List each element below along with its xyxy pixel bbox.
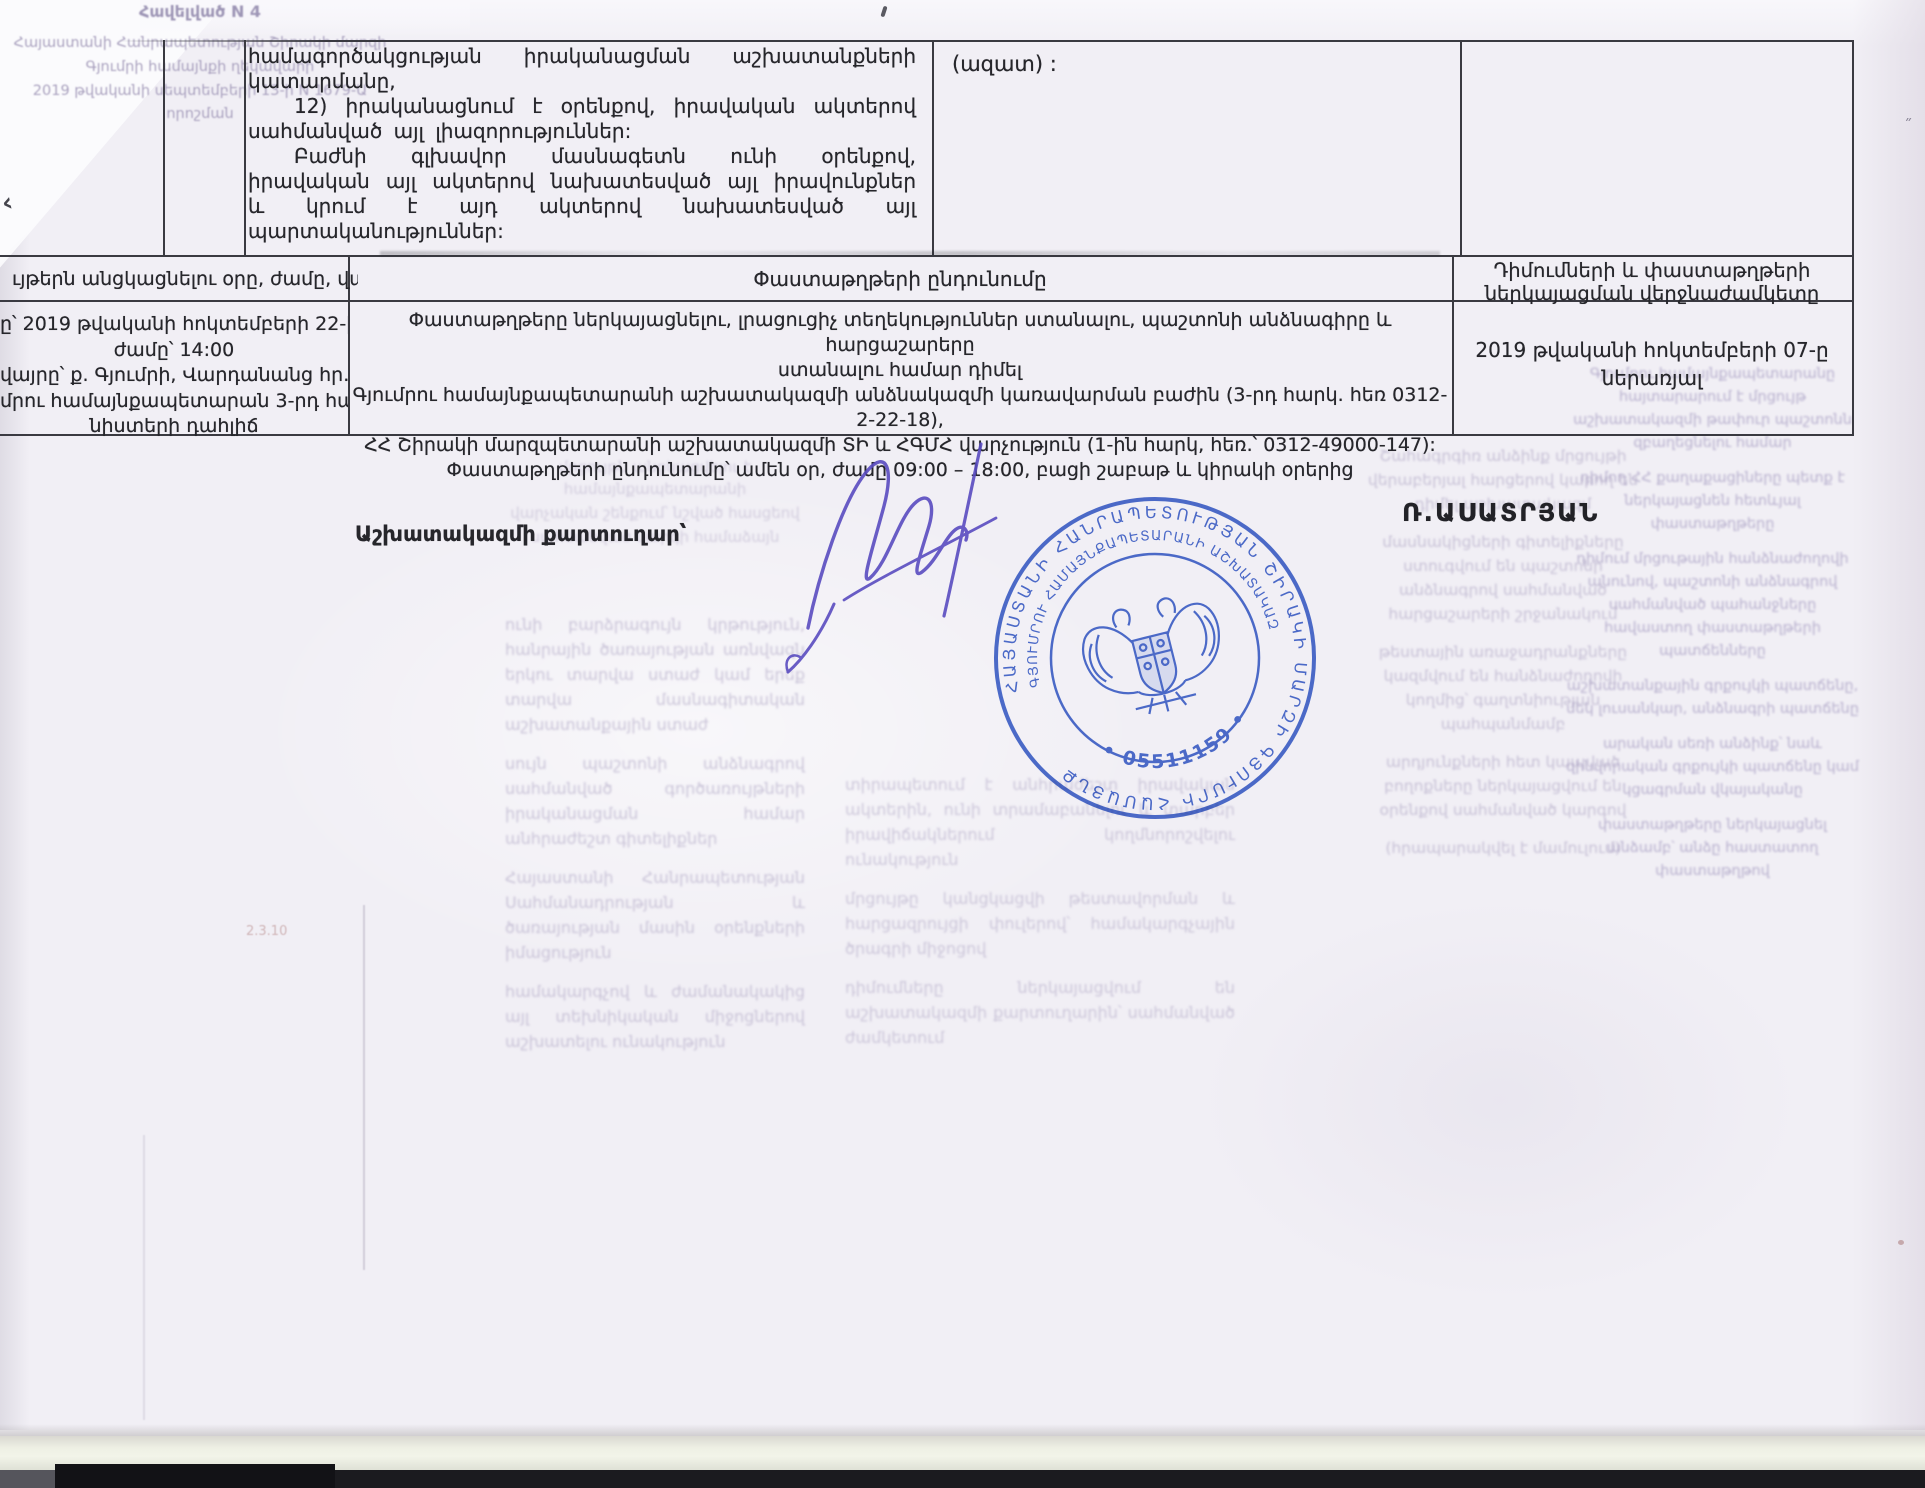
stamp-coat-of-arms [1075, 588, 1235, 728]
bleed-column-left: ունի բարձրագույն կրթություն, հանրային ծա… [505, 612, 805, 1068]
table-border-vertical [1460, 40, 1462, 257]
documents-line: Գյումրու համայնքապետարանի աշխատակազմի ան… [348, 383, 1452, 433]
right-edge-mark: ˝ [1904, 116, 1912, 135]
header-interview-cell: ւյթերն անցկացնելու օրը, ժամը, վայրը [0, 258, 358, 300]
bleed-paragraph: համակարգչով և ժամանակակից այլ տեխնիկական… [505, 979, 805, 1054]
bleed-paragraph: դիմումները ներկայացվում են աշխատակազմի ք… [845, 975, 1235, 1050]
header-deadline-cell: Դիմումների և փաստաթղթերիներկայացման վերջ… [1452, 256, 1852, 305]
vacancy-status-cell: (ազատ) : [952, 52, 1057, 76]
deadline-details-cell: 2019 թվականի հոկտեմբերի 07-ըներառյալ [1452, 336, 1852, 392]
bleed-text-line: Հավելված N 4 [0, 0, 400, 23]
bleed-paragraph: աշխատանքային գրքույկի պատճենը, մեկ լուսա… [1565, 675, 1860, 721]
interview-line: վայրը՝ ք. Գյումրի, Վարդանանց հր. 1 [0, 363, 348, 389]
paper-right-shadow [1852, 0, 1925, 1430]
bleed-ref-number: 2.3.10 [246, 924, 287, 939]
deadline-line: ներառյալ [1452, 364, 1852, 392]
duties-paragraph: 12) իրականացնում է օրենքով, իրավական ակտ… [248, 94, 916, 144]
duties-paragraphs-cell: համագործակցության իրականացման աշխատանքնե… [248, 44, 916, 244]
bleed-paragraph: արական սեռի անձինք՝ նաև զինվորական գրքու… [1565, 733, 1860, 802]
bleed-paragraph: Հայաստանի Հանրապետության Սահմանադրության… [505, 865, 805, 965]
paper-bottom-shadow [0, 1424, 1925, 1436]
scan-speck [1898, 1240, 1904, 1245]
bleed-paragraph: մրցույթը կանցկացվի թեստավորման և հարցազր… [845, 886, 1235, 961]
interview-line: նիստերի դահլիճ [0, 414, 348, 440]
official-round-stamp: ՀԱՅԱՍՏԱՆԻ ՀԱՆՐԱՊԵՏՈՒԹՅԱՆ ՇԻՐԱԿԻ ՄԱՐԶԻ ԳՅ… [985, 488, 1325, 828]
scanner-gray-corner [0, 1470, 55, 1488]
deadline-line: 2019 թվականի հոկտեմբերի 07-ը [1452, 336, 1852, 364]
bleed-paragraph: դիմող ՀՀ քաղաքացիները պետք է ներկայացնեն… [1565, 467, 1860, 536]
scanner-black-band [0, 1470, 1925, 1488]
bleed-paragraph: փաստաթղթերը ներկայացնել անձամբ՝ անձը հաս… [1565, 814, 1860, 883]
header-line: Դիմումների և փաստաթղթերի [1452, 259, 1852, 282]
table-border-vertical [932, 40, 934, 257]
signatory-name: Ռ.ԱՍԱՏՐՅԱՆ [1402, 498, 1599, 527]
bleed-table-line [143, 1135, 145, 1420]
bleed-table-line [363, 905, 365, 1270]
interview-line: ժամը՝ 14:00 [0, 338, 348, 364]
scan-speck [880, 6, 887, 18]
left-edge-pen-mark: ‹ [0, 187, 16, 219]
documents-line: Փաստաթղթերը ներկայացնելու, լրացուցիչ տեղ… [348, 308, 1452, 358]
signature-role-label: Աշխատակազմի քարտուղար՝ [355, 522, 686, 546]
table-border-vertical [244, 40, 246, 257]
paper-mottle [1200, 900, 1800, 1300]
header-line: ներկայացման վերջնաժամկետը [1452, 282, 1852, 305]
table-border-top [118, 40, 1854, 42]
duties-paragraph: Բաժնի գլխավոր մասնագետն ունի օրենքով, իր… [248, 144, 916, 244]
bleed-paragraph: սույն պաշտոնի անձնագրով սահմանված գործառ… [505, 751, 805, 851]
interview-line: մրու համայնքապետարան 3-րդ հարկ, [0, 389, 348, 415]
header-documents-cell: Փաստաթղթերի ընդունումը [348, 258, 1452, 300]
documents-line: ստանալու համար դիմել [348, 358, 1452, 383]
scan-smudge [380, 251, 1440, 256]
duties-paragraph: համագործակցության իրականացման աշխատանքնե… [248, 44, 916, 94]
interview-line: ը՝ 2019 թվականի հոկտեմբերի 22-ին [0, 312, 348, 338]
interview-details-cell: ը՝ 2019 թվականի հոկտեմբերի 22-ինժամը՝ 14… [0, 312, 348, 440]
scanned-document-page: Հավելված N 4Հայաստանի Հանրապետության Շիր… [0, 0, 1925, 1488]
scanner-bed-strip [0, 1436, 1925, 1470]
table-border-right [1852, 40, 1854, 436]
scanner-black-band [55, 1464, 335, 1488]
bleed-paragraph: դիմում մրցութային հանձնաժողովի անունով, … [1565, 548, 1860, 663]
bleed-column-margin: Գյումրու համայնքապետարանը հայտարարում է … [1565, 363, 1860, 895]
table-border-vertical [163, 40, 165, 257]
